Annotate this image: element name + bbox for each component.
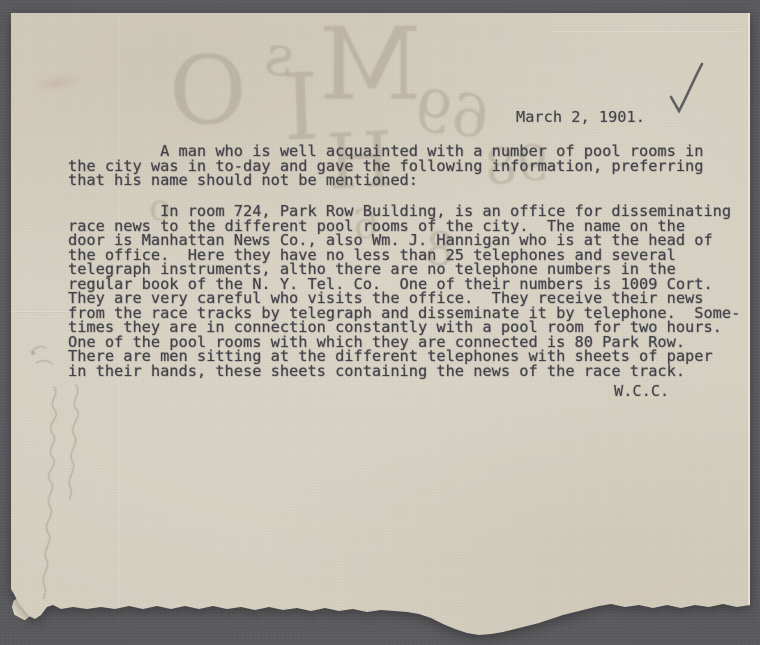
ghost-glyph: I [282, 70, 321, 145]
margin-handwriting-pencil [8, 318, 104, 608]
checkmark-annotation [663, 59, 709, 121]
scanned-document-background: OsIMH6998o86 March 2, 1901. A man who is… [0, 0, 760, 645]
ink-smudge [30, 71, 84, 94]
signature-initials: W.C.C. [614, 382, 669, 400]
ghost-glyph: s [262, 33, 297, 81]
document-date: March 2, 1901. [516, 108, 645, 126]
typewritten-line: that his name should not be mentioned: [68, 173, 703, 188]
document-page: OsIMH6998o86 March 2, 1901. A man who is… [11, 13, 750, 637]
paper-edge-highlight [748, 13, 750, 612]
typewritten-line: in their hands, these sheets containing … [68, 364, 740, 379]
opening-paragraph: A man who is well acquainted with a numb… [68, 144, 703, 188]
ghost-glyph: O [169, 53, 247, 129]
ghost-glyph: 69 [413, 87, 491, 141]
body-paragraph: In room 724, Park Row Building, is an of… [68, 204, 740, 378]
ghost-glyph: M [319, 25, 421, 105]
fold-crease-top [551, 31, 739, 32]
